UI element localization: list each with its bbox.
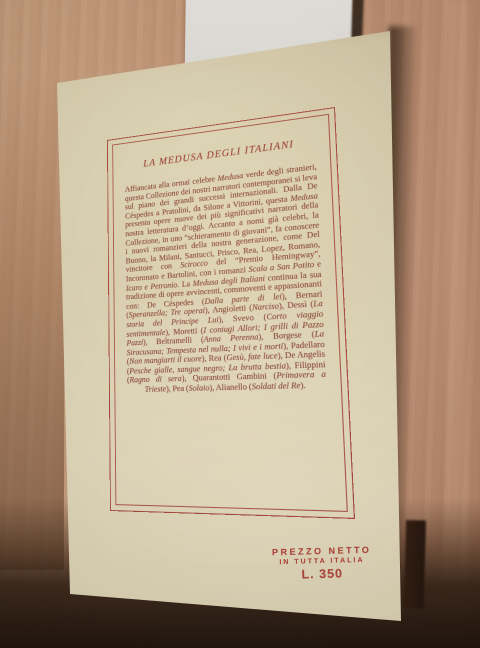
wood-left-shading bbox=[0, 70, 64, 570]
blurb-text: Affiancata alla ormai celebre Medusa ver… bbox=[125, 162, 327, 395]
paper-side-shadow bbox=[351, 0, 363, 38]
decorative-red-frame: LA MEDUSA DEGLI ITALIANI Affiancata alla… bbox=[107, 107, 355, 519]
book-page-edges bbox=[404, 520, 426, 608]
book-photo-scene: LA MEDUSA DEGLI ITALIANI Affiancata alla… bbox=[0, 0, 480, 648]
price-block: PREZZO NETTO IN TUTTA ITALIA L. 350 bbox=[247, 544, 398, 583]
